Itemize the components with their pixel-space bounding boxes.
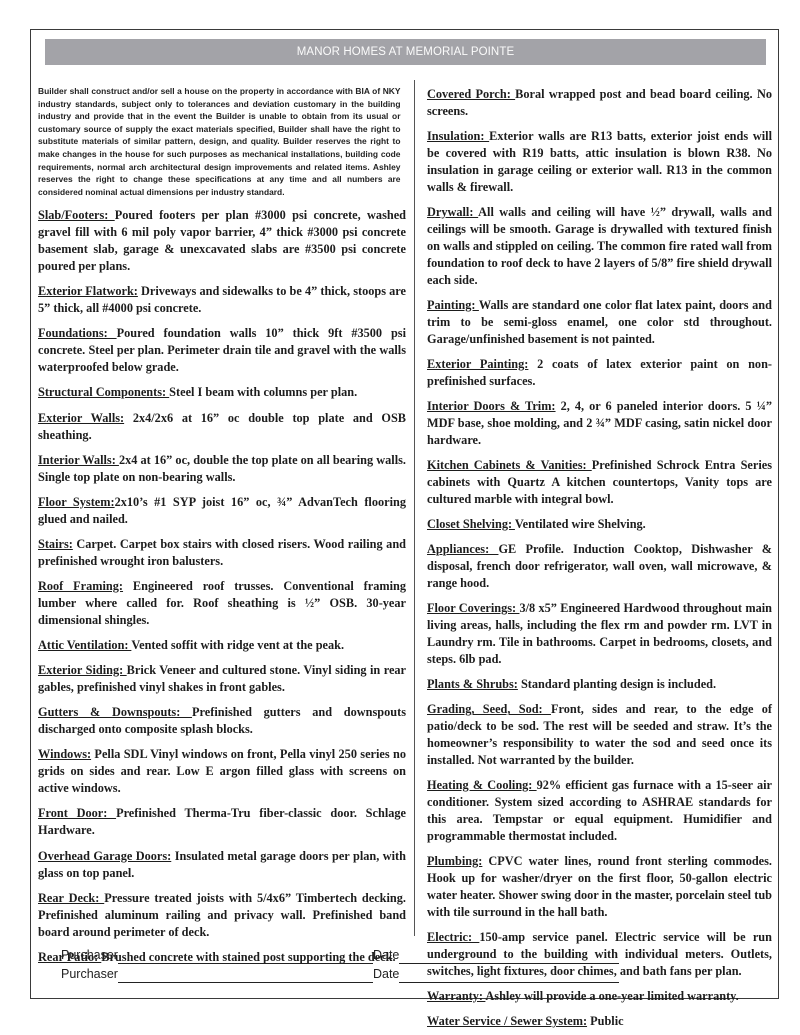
spec-item: Exterior Flatwork: Driveways and sidewal… (38, 283, 406, 317)
spec-label: Water Service / Sewer System: (427, 1014, 587, 1028)
purchaser-signature-field[interactable] (118, 949, 373, 964)
spec-item: Rear Deck: Pressure treated joists with … (38, 890, 406, 941)
spec-item: Front Door: Prefinished Therma-Tru fiber… (38, 805, 406, 839)
right-spec-list: Covered Porch: Boral wrapped post and be… (427, 86, 772, 1030)
spec-item: Slab/Footers: Poured footers per plan #3… (38, 207, 406, 275)
spec-item: Warranty: Ashley will provide a one-year… (427, 988, 772, 1005)
spec-item: Gutters & Downspouts: Prefinished gutter… (38, 704, 406, 738)
spec-text: Ventilated wire Shelving. (515, 517, 646, 531)
spec-item: Floor System:2x10’s #1 SYP joist 16” oc,… (38, 494, 406, 528)
spec-label: Appliances: (427, 542, 498, 556)
spec-label: Rear Deck: (38, 891, 104, 905)
spec-item: Kitchen Cabinets & Vanities: Prefinished… (427, 457, 772, 508)
spec-label: Stairs: (38, 537, 73, 551)
spec-label: Slab/Footers: (38, 208, 115, 222)
spec-item: Heating & Cooling: 92% efficient gas fur… (427, 777, 772, 845)
spec-label: Gutters & Downspouts: (38, 705, 192, 719)
spec-text: All walls and ceiling will have ½” drywa… (427, 205, 772, 287)
spec-sheet-page: MANOR HOMES AT MEMORIAL POINTE Builder s… (30, 29, 779, 999)
spec-item: Water Service / Sewer System: Public (427, 1013, 772, 1030)
spec-item: Covered Porch: Boral wrapped post and be… (427, 86, 772, 120)
right-column: Covered Porch: Boral wrapped post and be… (427, 86, 772, 1035)
purchaser-label: Purchaser (61, 948, 118, 962)
spec-label: Exterior Painting: (427, 357, 528, 371)
spec-item: Roof Framing: Engineered roof trusses. C… (38, 578, 406, 629)
signature-row: PurchaserDate (61, 965, 661, 983)
spec-label: Covered Porch: (427, 87, 515, 101)
purchaser-label: Purchaser (61, 967, 118, 981)
spec-text: Public (587, 1014, 624, 1028)
spec-text: Vented soffit with ridge vent at the pea… (131, 638, 344, 652)
purchaser-signature-field[interactable] (118, 968, 373, 983)
spec-item: Exterior Painting: 2 coats of latex exte… (427, 356, 772, 390)
page-title: MANOR HOMES AT MEMORIAL POINTE (45, 39, 766, 65)
spec-item: Insulation: Exterior walls are R13 batts… (427, 128, 772, 196)
date-field[interactable] (399, 968, 619, 983)
spec-label: Plants & Shrubs: (427, 677, 518, 691)
builder-disclaimer: Builder shall construct and/or sell a ho… (38, 85, 400, 198)
spec-label: Drywall: (427, 205, 478, 219)
spec-text: Steel I beam with columns per plan. (169, 385, 357, 399)
spec-label: Foundations: (38, 326, 117, 340)
spec-label: Front Door: (38, 806, 116, 820)
spec-label: Warranty: (427, 989, 485, 1003)
spec-label: Roof Framing: (38, 579, 123, 593)
date-label: Date (373, 948, 399, 962)
date-field[interactable] (399, 949, 619, 964)
spec-label: Interior Walls: (38, 453, 119, 467)
spec-text: Pella SDL Vinyl windows on front, Pella … (38, 747, 406, 795)
spec-item: Plumbing: CPVC water lines, round front … (427, 853, 772, 921)
spec-item: Floor Coverings: 3/8 x5” Engineered Hard… (427, 600, 772, 668)
spec-label: Grading, Seed, Sod: (427, 702, 551, 716)
left-column: Builder shall construct and/or sell a ho… (38, 85, 406, 974)
spec-label: Exterior Siding: (38, 663, 127, 677)
spec-label: Floor System: (38, 495, 115, 509)
spec-label: Overhead Garage Doors: (38, 849, 171, 863)
signature-row: PurchaserDate (61, 946, 661, 964)
spec-item: Interior Doors & Trim: 2, 4, or 6 panele… (427, 398, 772, 449)
spec-item: Foundations: Poured foundation walls 10”… (38, 325, 406, 376)
spec-item: Overhead Garage Doors: Insulated metal g… (38, 848, 406, 882)
spec-text: Ashley will provide a one-year limited w… (485, 989, 738, 1003)
spec-item: Plants & Shrubs: Standard planting desig… (427, 676, 772, 693)
spec-label: Exterior Walls: (38, 411, 124, 425)
spec-label: Structural Components: (38, 385, 169, 399)
spec-item: Exterior Siding: Brick Veneer and cultur… (38, 662, 406, 696)
spec-text: Walls are standard one color flat latex … (427, 298, 772, 346)
spec-text: Standard planting design is included. (518, 677, 716, 691)
spec-item: Stairs: Carpet. Carpet box stairs with c… (38, 536, 406, 570)
spec-label: Interior Doors & Trim: (427, 399, 556, 413)
spec-item: Closet Shelving: Ventilated wire Shelvin… (427, 516, 772, 533)
spec-label: Closet Shelving: (427, 517, 515, 531)
spec-item: Grading, Seed, Sod: Front, sides and rea… (427, 701, 772, 769)
spec-item: Appliances: GE Profile. Induction Cookto… (427, 541, 772, 592)
spec-label: Attic Ventilation: (38, 638, 131, 652)
spec-label: Heating & Cooling: (427, 778, 537, 792)
spec-item: Windows: Pella SDL Vinyl windows on fron… (38, 746, 406, 797)
spec-label: Electric: (427, 930, 479, 944)
spec-item: Exterior Walls: 2x4/2x6 at 16” oc double… (38, 410, 406, 444)
spec-label: Kitchen Cabinets & Vanities: (427, 458, 592, 472)
spec-item: Drywall: All walls and ceiling will have… (427, 204, 772, 289)
spec-label: Insulation: (427, 129, 489, 143)
spec-label: Floor Coverings: (427, 601, 519, 615)
left-spec-list: Slab/Footers: Poured footers per plan #3… (38, 207, 406, 965)
spec-label: Exterior Flatwork: (38, 284, 138, 298)
date-label: Date (373, 967, 399, 981)
spec-label: Painting: (427, 298, 479, 312)
spec-item: Attic Ventilation: Vented soffit with ri… (38, 637, 406, 654)
spec-item: Structural Components: Steel I beam with… (38, 384, 406, 401)
spec-item: Interior Walls: 2x4 at 16” oc, double th… (38, 452, 406, 486)
spec-item: Painting: Walls are standard one color f… (427, 297, 772, 348)
column-divider (414, 80, 415, 936)
spec-label: Plumbing: (427, 854, 482, 868)
spec-text: Carpet. Carpet box stairs with closed ri… (38, 537, 406, 568)
spec-label: Windows: (38, 747, 91, 761)
